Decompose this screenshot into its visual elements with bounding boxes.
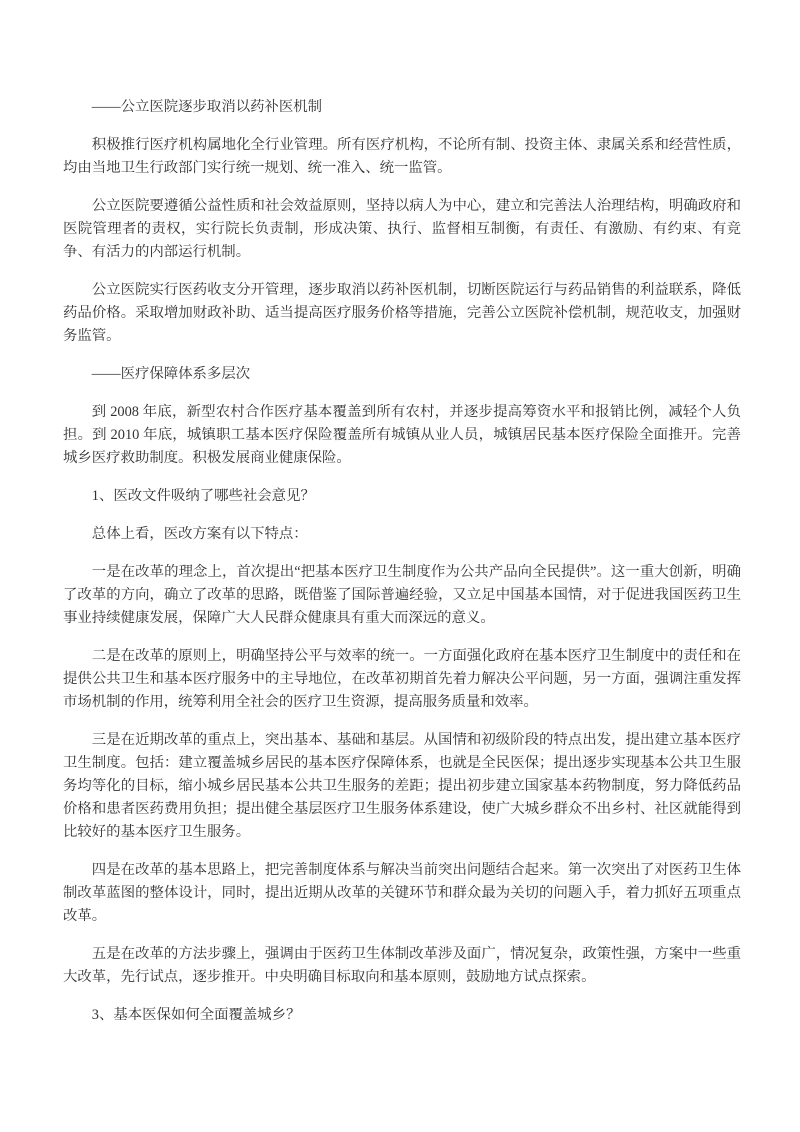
- paragraph: 二是在改革的原则上，明确坚持公平与效率的统一。一方面强化政府在基本医疗卫生制度中…: [63, 645, 741, 714]
- paragraph: 四是在改革的基本思路上，把完善制度体系与解决当前突出问题结合起来。第一次突出了对…: [63, 859, 741, 928]
- section-heading: ——公立医院逐步取消以药补医机制: [63, 96, 741, 119]
- paragraph: 一是在改革的理念上，首次提出“把基本医疗卫生制度作为公共产品向全民提供”。这一重…: [63, 561, 741, 630]
- paragraph: 公立医院实行医药收支分开管理，逐步取消以药补医机制，切断医院运行与药品销售的利益…: [63, 279, 741, 348]
- paragraph: 三是在近期改革的重点上，突出基本、基础和基层。从国情和初级阶段的特点出发，提出建…: [63, 729, 741, 844]
- document-page: ——公立医院逐步取消以药补医机制积极推行医疗机构属地化全行业管理。所有医疗机构，…: [0, 0, 800, 1132]
- paragraph: 公立医院要遵循公益性质和社会效益原则，坚持以病人为中心，建立和完善法人治理结构，…: [63, 195, 741, 264]
- document-body: ——公立医院逐步取消以药补医机制积极推行医疗机构属地化全行业管理。所有医疗机构，…: [0, 0, 800, 1027]
- question-line: 1、医改文件吸纳了哪些社会意见？: [63, 485, 741, 508]
- question-line: 3、基本医保如何全面覆盖城乡？: [63, 1004, 741, 1027]
- paragraph: 总体上看，医改方案有以下特点：: [63, 523, 741, 546]
- paragraph: 积极推行医疗机构属地化全行业管理。所有医疗机构，不论所有制、投资主体、隶属关系和…: [63, 134, 741, 180]
- paragraph: 到 2008 年底，新型农村合作医疗基本覆盖到所有农村，并逐步提高筹资水平和报销…: [63, 401, 741, 470]
- section-heading: ——医疗保障体系多层次: [63, 363, 741, 386]
- paragraph: 五是在改革的方法步骤上，强调由于医药卫生体制改革涉及面广，情况复杂，政策性强，方…: [63, 943, 741, 989]
